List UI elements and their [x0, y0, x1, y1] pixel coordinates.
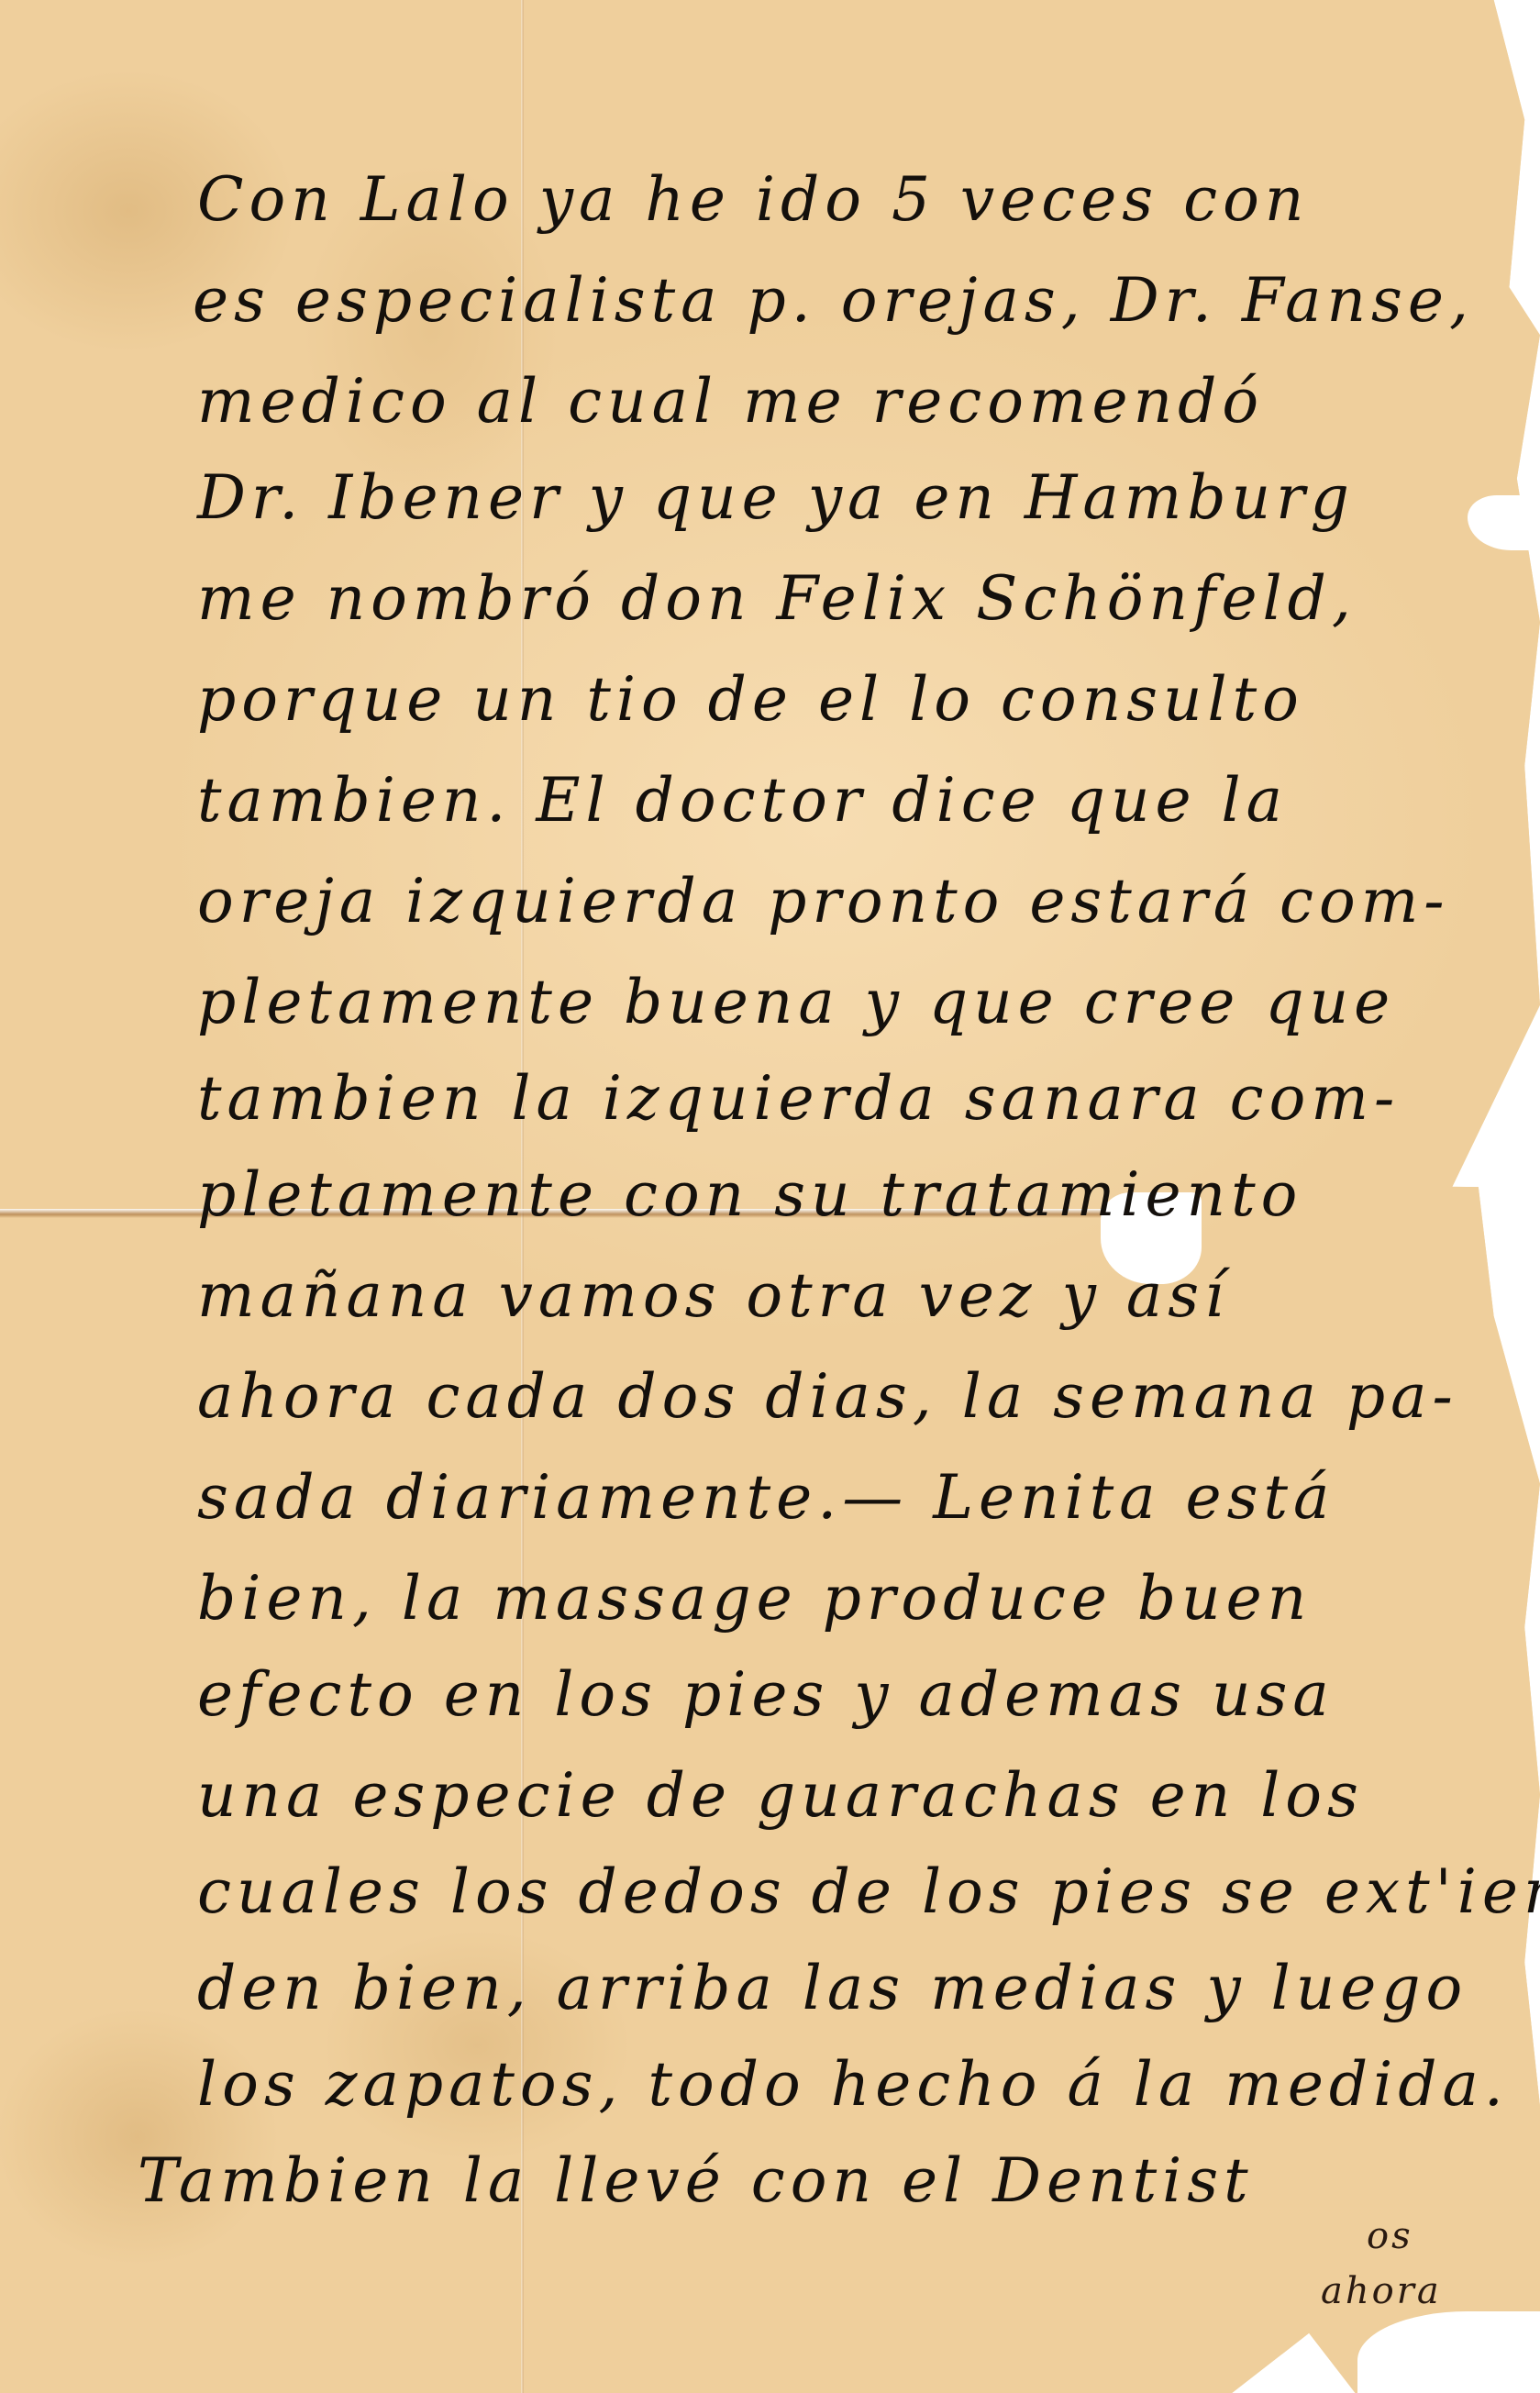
- letter-line: Tambien la llevé con el Dentist: [138, 2151, 1254, 2211]
- letter-line: tambien. El doctor dice que la: [197, 770, 1288, 831]
- letter-line: los zapatos, todo hecho á la medida.: [197, 2055, 1509, 2115]
- letter-line: tambien la izquierda sanara com-: [197, 1069, 1400, 1129]
- letter-line: den bien, arriba las medias y luego: [197, 1958, 1468, 2019]
- letter-line: bien, la massage produce buen: [197, 1568, 1312, 1629]
- letter-line: me nombró don Felix Schönfeld,: [197, 569, 1357, 629]
- letter-line: oreja izquierda pronto estará com-: [197, 871, 1450, 932]
- letter-line: sada diariamente.— Lenita está: [197, 1468, 1335, 1528]
- letter-line: medico al cual me recomendó: [197, 371, 1264, 432]
- letter-line: Con Lalo ya he ido 5 veces con: [197, 170, 1309, 230]
- letter-body: Con Lalo ya he ido 5 veces con es especi…: [0, 0, 1540, 2393]
- letter-line: pletamente buena y que cree que: [197, 972, 1395, 1033]
- letter-line: ahora cada dos dias, la semana pa-: [197, 1367, 1458, 1427]
- letter-line: pletamente con su tratamiento: [197, 1165, 1302, 1225]
- letter-line: efecto en los pies y ademas usa: [197, 1665, 1335, 1725]
- letter-line: Dr. Ibener y que ya en Hamburg: [197, 468, 1355, 528]
- margin-note: os: [1367, 2215, 1413, 2257]
- letter-line: una especie de guarachas en los: [197, 1766, 1364, 1826]
- letter-line: cuales los dedos de los pies se ext'ien: [197, 1862, 1540, 1922]
- letter-line: porque un tio de el lo consulto: [197, 670, 1304, 730]
- margin-note: ahora: [1321, 2270, 1442, 2312]
- letter-line: es especialista p. orejas, Dr. Fanse,: [193, 271, 1474, 331]
- letter-line: mañana vamos otra vez y así: [197, 1266, 1229, 1326]
